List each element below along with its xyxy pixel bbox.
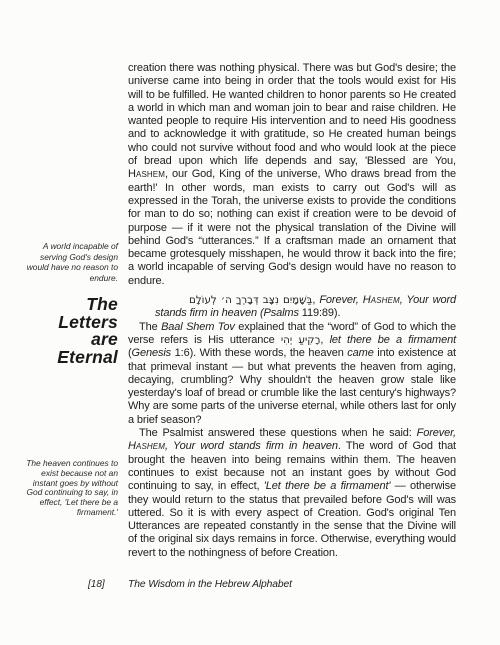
paragraph-baal-shem-tov: The Baal Shem Tov explained that the “wo…	[128, 321, 456, 427]
page-footer: [18] The Wisdom in the Hebrew Alphabet	[0, 579, 500, 593]
section-heading-line: The	[14, 296, 118, 314]
margin-note-design: A world incapable of serving God's desig…	[20, 241, 118, 284]
verse-quote-psalms: לְעוֹלָם ה׳ דְּבָרְךָ נִצָּב בַּשָּׁמָיִ…	[155, 294, 456, 321]
section-heading-line: Eternal	[14, 349, 118, 367]
footer-book-title: The Wisdom in the Hebrew Alphabet	[128, 579, 292, 590]
margin-note-heaven: The heaven continues to exist because no…	[18, 459, 118, 518]
paragraph-psalmist: The Psalmist answered these questions wh…	[128, 427, 456, 560]
paragraph-continuation: creation there was nothing physical. The…	[128, 62, 456, 288]
main-text-column: creation there was nothing physical. The…	[128, 62, 456, 560]
section-heading: The Letters are Eternal	[14, 296, 118, 366]
book-page: A world incapable of serving God's desig…	[0, 0, 500, 645]
section-heading-line: are	[14, 331, 118, 349]
footer-page-number: [18]	[88, 579, 105, 590]
